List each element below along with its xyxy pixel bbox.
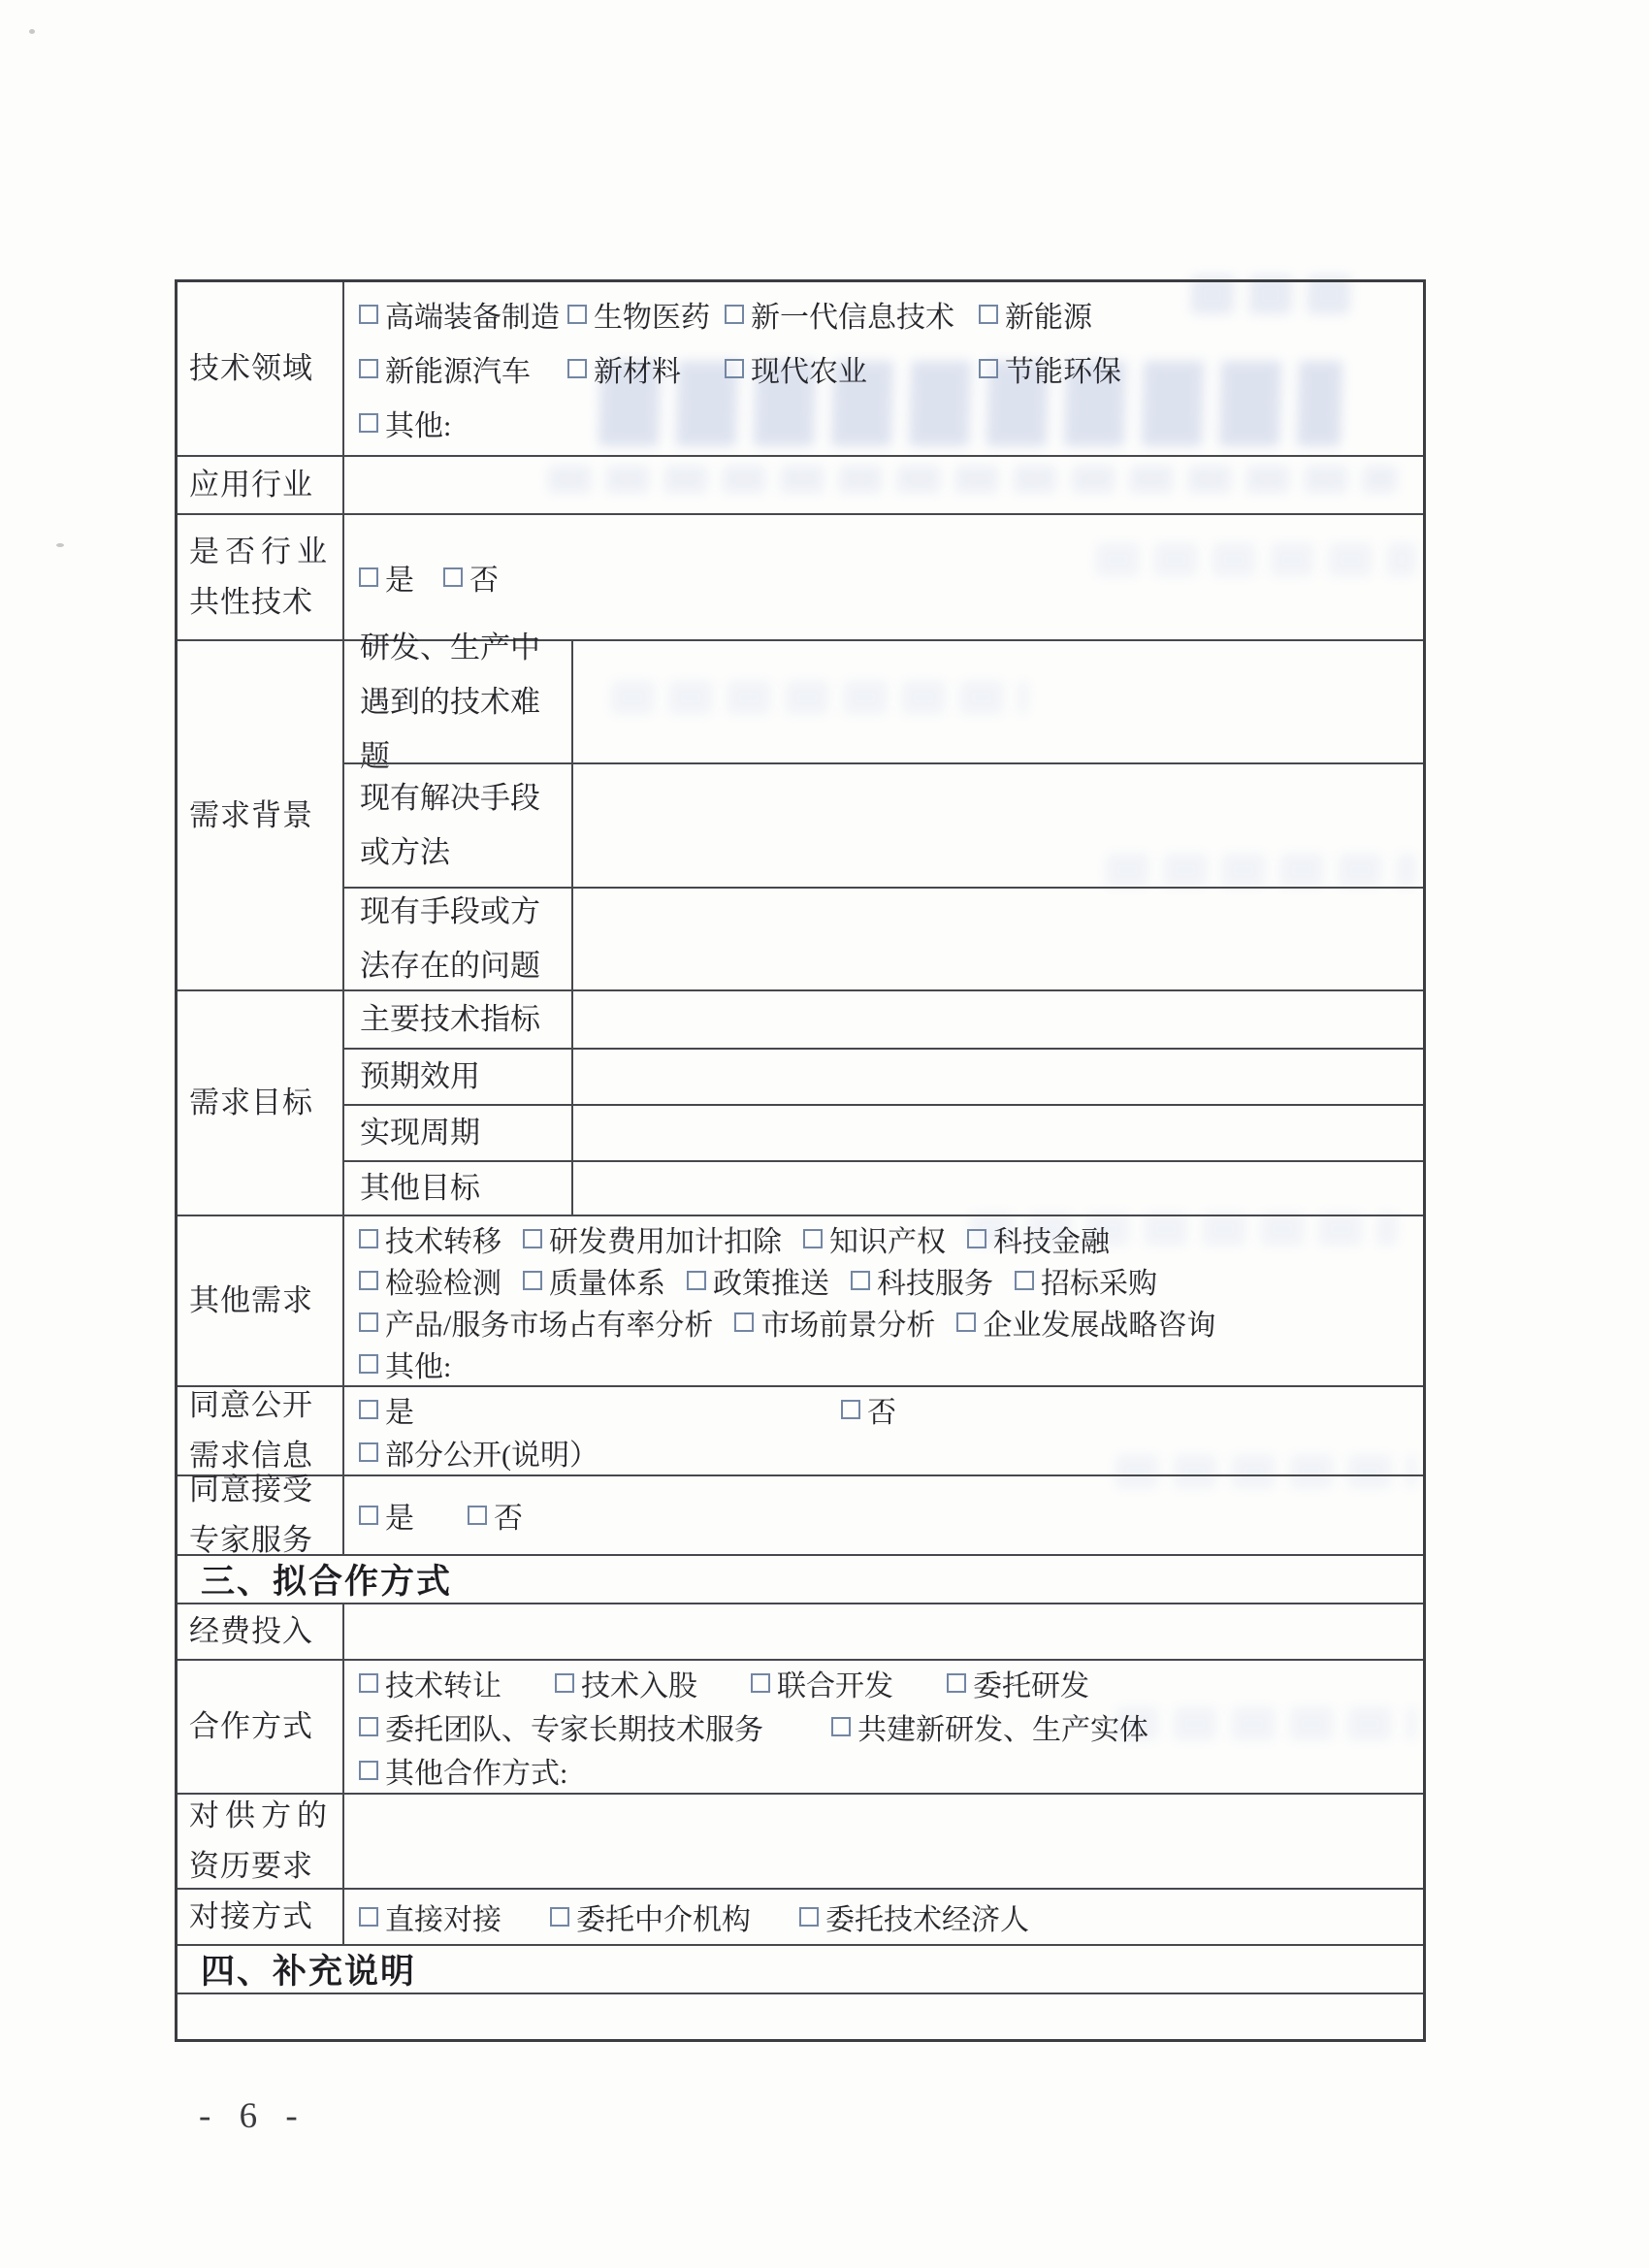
checkbox-option[interactable]: 委托团队、专家长期技术服务 <box>359 1705 763 1748</box>
supplier-qualification-label: 对供方的 资历要求 <box>178 1795 344 1888</box>
checkbox-label: 其他合作方式: <box>385 1749 567 1792</box>
checkbox-option[interactable]: 招标采购 <box>1015 1259 1157 1302</box>
checkbox-label: 委托技术经济人 <box>825 1895 1029 1938</box>
agree-publish-label: 同意公开 需求信息 <box>178 1387 344 1474</box>
checkbox-option[interactable]: 技术转移 <box>359 1217 501 1260</box>
checkbox-icon <box>443 567 463 587</box>
other-needs-options: 技术转移 研发费用加计扣除 知识产权 科技金融 检验检测 质量体系 政策推送 科… <box>344 1216 1423 1385</box>
demand-goal-subrows: 主要技术指标 预期效用 实现周期 其他目标 <box>344 991 1423 1215</box>
checkbox-label: 市场前景分析 <box>760 1301 935 1344</box>
application-industry-label: 应用行业 <box>178 457 344 513</box>
label-text: 资历要求 <box>189 1841 331 1892</box>
checkbox-label: 科技金融 <box>993 1217 1110 1260</box>
checkbox-icon <box>555 1673 574 1693</box>
checkbox-label: 产品/服务市场占有率分析 <box>385 1301 713 1344</box>
checkbox-option[interactable]: 企业发展战略咨询 <box>956 1301 1215 1344</box>
checkbox-label: 技术入股 <box>581 1662 697 1704</box>
sublabel-text: 研发、生产中遇到的技术难题 <box>344 641 573 762</box>
supplier-qualification-field[interactable] <box>344 1795 1423 1888</box>
checkbox-option-yes[interactable]: 是 <box>359 1494 414 1537</box>
checkbox-label: 企业发展战略咨询 <box>983 1301 1215 1344</box>
checkbox-icon <box>359 1442 378 1462</box>
scan-speck <box>56 543 64 547</box>
checkbox-label: 新一代信息技术 <box>751 293 954 336</box>
checkbox-label: 是 <box>385 1494 414 1537</box>
checkbox-option[interactable]: 直接对接 <box>359 1895 501 1938</box>
agree-expert-label: 同意接受 专家服务 <box>178 1476 344 1554</box>
label-text: 技术领域 <box>189 343 331 394</box>
section-title-cooperation: 三、拟合作方式 <box>178 1556 1423 1603</box>
supplement-field[interactable] <box>178 1994 1423 2039</box>
checkbox-icon <box>359 1717 378 1736</box>
cooperation-options: 技术转让 技术入股 联合开发 委托研发 委托团队、专家长期技术服务 共建新研发、… <box>344 1661 1423 1793</box>
row-agree-publish: 同意公开 需求信息 是 否 部分公开(说明） <box>178 1385 1423 1474</box>
checkbox-option[interactable]: 政策推送 <box>687 1259 829 1302</box>
label-text: 对接方式 <box>189 1892 331 1942</box>
input-area[interactable] <box>573 991 1423 1048</box>
tech-field-options: 高端装备制造 生物医药 新一代信息技术 新能源 新能源汽车 新材料 现代农业 节… <box>344 282 1423 455</box>
checkbox-label: 是 <box>385 1388 414 1431</box>
input-area[interactable] <box>573 1050 1423 1104</box>
checkbox-option-partial[interactable]: 部分公开(说明） <box>359 1431 598 1474</box>
sublabel-text: 主要技术指标 <box>344 991 573 1048</box>
label-text: 同意接受 <box>189 1465 331 1515</box>
checkbox-option[interactable]: 新能源汽车 <box>359 347 567 390</box>
checkbox-option[interactable]: 技术转让 <box>359 1662 501 1704</box>
checkbox-icon <box>359 359 378 378</box>
docking-options: 直接对接 委托中介机构 委托技术经济人 <box>344 1890 1423 1944</box>
checkbox-option[interactable]: 科技服务 <box>851 1259 993 1302</box>
row-application-industry: 应用行业 <box>178 455 1423 513</box>
checkbox-label: 直接对接 <box>385 1895 501 1938</box>
checkbox-label: 新能源汽车 <box>385 347 531 390</box>
checkbox-icon <box>567 359 587 378</box>
checkbox-option[interactable]: 研发费用加计扣除 <box>523 1217 782 1260</box>
docking-label: 对接方式 <box>178 1890 344 1944</box>
input-area[interactable] <box>573 764 1423 887</box>
checkbox-label: 技术转让 <box>385 1662 501 1704</box>
checkbox-option-no[interactable]: 否 <box>443 556 499 599</box>
row-other-needs: 其他需求 技术转移 研发费用加计扣除 知识产权 科技金融 检验检测 质量体系 政… <box>178 1215 1423 1385</box>
checkbox-icon <box>359 413 378 433</box>
input-area[interactable] <box>573 1106 1423 1160</box>
label-text: 同意公开 <box>189 1380 331 1431</box>
section-title-supplement: 四、补充说明 <box>178 1946 1423 1993</box>
checkbox-label: 否 <box>494 1494 523 1537</box>
row-tech-field: 技术领域 高端装备制造 生物医药 新一代信息技术 新能源 新能源汽车 新材料 现… <box>178 282 1423 455</box>
subrow: 预期效用 <box>344 1048 1423 1104</box>
sublabel-text: 现有手段或方法存在的问题 <box>344 889 573 989</box>
checkbox-option-no[interactable]: 否 <box>468 1494 523 1537</box>
checkbox-icon <box>523 1229 542 1248</box>
checkbox-option[interactable]: 质量体系 <box>523 1259 665 1302</box>
checkbox-option[interactable]: 委托中介机构 <box>550 1895 751 1938</box>
checkbox-icon <box>523 1271 542 1290</box>
label-text: 应用行业 <box>189 460 331 510</box>
checkbox-option[interactable]: 现代农业 <box>725 347 979 390</box>
checkbox-label: 技术转移 <box>385 1217 501 1260</box>
tech-field-label: 技术领域 <box>178 282 344 455</box>
checkbox-icon <box>956 1312 976 1332</box>
checkbox-option-yes[interactable]: 是 <box>359 556 414 599</box>
checkbox-label: 质量体系 <box>549 1259 665 1302</box>
checkbox-icon <box>725 359 744 378</box>
checkbox-icon <box>725 305 744 324</box>
checkbox-icon <box>803 1229 823 1248</box>
label-text: 经费投入 <box>189 1606 331 1657</box>
other-needs-label: 其他需求 <box>178 1216 344 1385</box>
checkbox-icon <box>359 1506 378 1525</box>
checkbox-icon <box>359 1907 378 1927</box>
scanned-form-page: { "form": { "tech_field": { "label": "技术… <box>0 0 1649 2268</box>
subrow: 实现周期 <box>344 1104 1423 1160</box>
checkbox-label: 联合开发 <box>777 1662 893 1704</box>
checkbox-option[interactable]: 科技金融 <box>967 1217 1110 1260</box>
checkbox-label: 节能环保 <box>1005 347 1121 390</box>
sublabel-text: 实现周期 <box>344 1106 573 1160</box>
checkbox-label: 招标采购 <box>1041 1259 1157 1302</box>
common-tech-label: 是否行业 共性技术 <box>178 515 344 639</box>
checkbox-icon <box>841 1400 860 1419</box>
checkbox-option[interactable]: 其他: <box>359 402 451 444</box>
checkbox-option[interactable]: 检验检测 <box>359 1259 501 1302</box>
input-area[interactable] <box>573 641 1423 762</box>
input-area[interactable] <box>573 1162 1423 1215</box>
checkbox-icon <box>359 1354 378 1374</box>
checkbox-icon <box>979 305 998 324</box>
checkbox-icon <box>831 1717 851 1736</box>
checkbox-label: 委托团队、专家长期技术服务 <box>385 1705 763 1748</box>
agree-publish-options: 是 否 部分公开(说明） <box>344 1387 1423 1474</box>
demand-form-table: 技术领域 高端装备制造 生物医药 新一代信息技术 新能源 新能源汽车 新材料 现… <box>175 279 1426 2042</box>
application-industry-field[interactable] <box>344 457 1423 513</box>
checkbox-label: 委托研发 <box>973 1662 1089 1704</box>
checkbox-label: 知识产权 <box>829 1217 946 1260</box>
subrow: 主要技术指标 <box>344 991 1423 1048</box>
demand-background-label: 需求背景 <box>178 641 344 989</box>
checkbox-icon <box>359 1761 378 1780</box>
row-demand-background: 需求背景 研发、生产中遇到的技术难题 现有解决手段或方法 现有手段或方法存在的问… <box>178 639 1423 989</box>
cooperation-label: 合作方式 <box>178 1661 344 1793</box>
label-text: 对供方的 <box>189 1791 327 1841</box>
label-text: 共性技术 <box>189 577 331 628</box>
checkbox-label: 新能源 <box>1005 293 1092 336</box>
checkbox-label: 否 <box>469 556 499 599</box>
checkbox-option-yes[interactable]: 是 <box>359 1388 414 1431</box>
checkbox-label: 部分公开(说明） <box>385 1431 598 1474</box>
page-number: - 6 - <box>199 2095 307 2137</box>
checkbox-label: 检验检测 <box>385 1259 501 1302</box>
funding-label: 经费投入 <box>178 1604 344 1659</box>
checkbox-icon <box>967 1229 986 1248</box>
funding-field[interactable] <box>344 1604 1423 1659</box>
checkbox-icon <box>751 1673 770 1693</box>
checkbox-icon <box>567 305 587 324</box>
checkbox-icon <box>359 1271 378 1290</box>
sublabel-text: 其他目标 <box>344 1162 573 1215</box>
checkbox-option[interactable]: 其他: <box>359 1343 451 1385</box>
checkbox-label: 其他: <box>385 1343 451 1385</box>
demand-goal-label: 需求目标 <box>178 991 344 1215</box>
label-text: 是否行业 <box>189 527 327 577</box>
checkbox-icon <box>851 1271 870 1290</box>
row-funding: 经费投入 <box>178 1603 1423 1659</box>
label-text: 需求背景 <box>189 791 331 841</box>
checkbox-option[interactable]: 其他合作方式: <box>359 1749 567 1792</box>
agree-expert-options: 是 否 <box>344 1476 1423 1554</box>
checkbox-option[interactable]: 节能环保 <box>979 347 1423 390</box>
checkbox-icon <box>359 1400 378 1419</box>
row-cooperation: 合作方式 技术转让 技术入股 联合开发 委托研发 委托团队、专家长期技术服务 共… <box>178 1659 1423 1793</box>
checkbox-option-no[interactable]: 否 <box>841 1388 896 1431</box>
checkbox-label: 政策推送 <box>713 1259 829 1302</box>
subrow: 现有解决手段或方法 <box>344 762 1423 887</box>
checkbox-label: 共建新研发、生产实体 <box>857 1705 1148 1748</box>
checkbox-icon <box>359 1673 378 1693</box>
subrow: 其他目标 <box>344 1160 1423 1215</box>
row-supplement-blank <box>178 1993 1423 2039</box>
checkbox-icon <box>799 1907 819 1927</box>
input-area[interactable] <box>573 889 1423 989</box>
checkbox-label: 生物医药 <box>594 293 710 336</box>
checkbox-label: 新材料 <box>594 347 681 390</box>
checkbox-icon <box>1015 1271 1034 1290</box>
checkbox-icon <box>359 1229 378 1248</box>
checkbox-label: 高端装备制造 <box>385 293 560 336</box>
checkbox-icon <box>947 1673 966 1693</box>
row-docking: 对接方式 直接对接 委托中介机构 委托技术经济人 <box>178 1888 1423 1944</box>
checkbox-icon <box>359 1312 378 1332</box>
checkbox-label: 现代农业 <box>751 347 867 390</box>
checkbox-option[interactable]: 生物医药 <box>567 293 725 336</box>
checkbox-label: 科技服务 <box>877 1259 993 1302</box>
label-text: 合作方式 <box>189 1701 331 1752</box>
sublabel-text: 预期效用 <box>344 1050 573 1104</box>
label-text: 需求目标 <box>189 1078 331 1128</box>
checkbox-icon <box>687 1271 706 1290</box>
checkbox-icon <box>359 567 378 587</box>
sublabel-text: 现有解决手段或方法 <box>344 764 573 887</box>
subrow: 研发、生产中遇到的技术难题 <box>344 641 1423 762</box>
row-section4: 四、补充说明 <box>178 1944 1423 1993</box>
checkbox-label: 其他: <box>385 402 451 444</box>
demand-background-subrows: 研发、生产中遇到的技术难题 现有解决手段或方法 现有手段或方法存在的问题 <box>344 641 1423 989</box>
checkbox-option[interactable]: 新材料 <box>567 347 725 390</box>
checkbox-option[interactable]: 知识产权 <box>803 1217 946 1260</box>
checkbox-label: 否 <box>867 1388 896 1431</box>
scan-speck <box>29 29 35 34</box>
checkbox-label: 委托中介机构 <box>576 1895 751 1938</box>
checkbox-option[interactable]: 技术入股 <box>555 1662 697 1704</box>
row-demand-goal: 需求目标 主要技术指标 预期效用 实现周期 其他目标 <box>178 989 1423 1215</box>
checkbox-label: 是 <box>385 556 414 599</box>
checkbox-icon <box>550 1907 569 1927</box>
row-supplier-qualification: 对供方的 资历要求 <box>178 1793 1423 1888</box>
checkbox-icon <box>734 1312 754 1332</box>
checkbox-label: 研发费用加计扣除 <box>549 1217 782 1260</box>
row-section3: 三、拟合作方式 <box>178 1554 1423 1603</box>
checkbox-option[interactable]: 新一代信息技术 <box>725 293 979 336</box>
checkbox-option[interactable]: 委托研发 <box>947 1662 1089 1704</box>
checkbox-option[interactable]: 高端装备制造 <box>359 293 567 336</box>
checkbox-option[interactable]: 产品/服务市场占有率分析 <box>359 1301 713 1344</box>
subrow: 现有手段或方法存在的问题 <box>344 887 1423 989</box>
label-text: 其他需求 <box>189 1276 331 1326</box>
checkbox-option[interactable]: 新能源 <box>979 293 1423 336</box>
checkbox-option[interactable]: 联合开发 <box>751 1662 893 1704</box>
checkbox-option[interactable]: 委托技术经济人 <box>799 1895 1029 1938</box>
checkbox-icon <box>359 305 378 324</box>
checkbox-icon <box>468 1506 487 1525</box>
checkbox-option[interactable]: 共建新研发、生产实体 <box>831 1705 1148 1748</box>
row-agree-expert: 同意接受 专家服务 是 否 <box>178 1474 1423 1554</box>
checkbox-option[interactable]: 市场前景分析 <box>734 1301 935 1344</box>
checkbox-icon <box>979 359 998 378</box>
